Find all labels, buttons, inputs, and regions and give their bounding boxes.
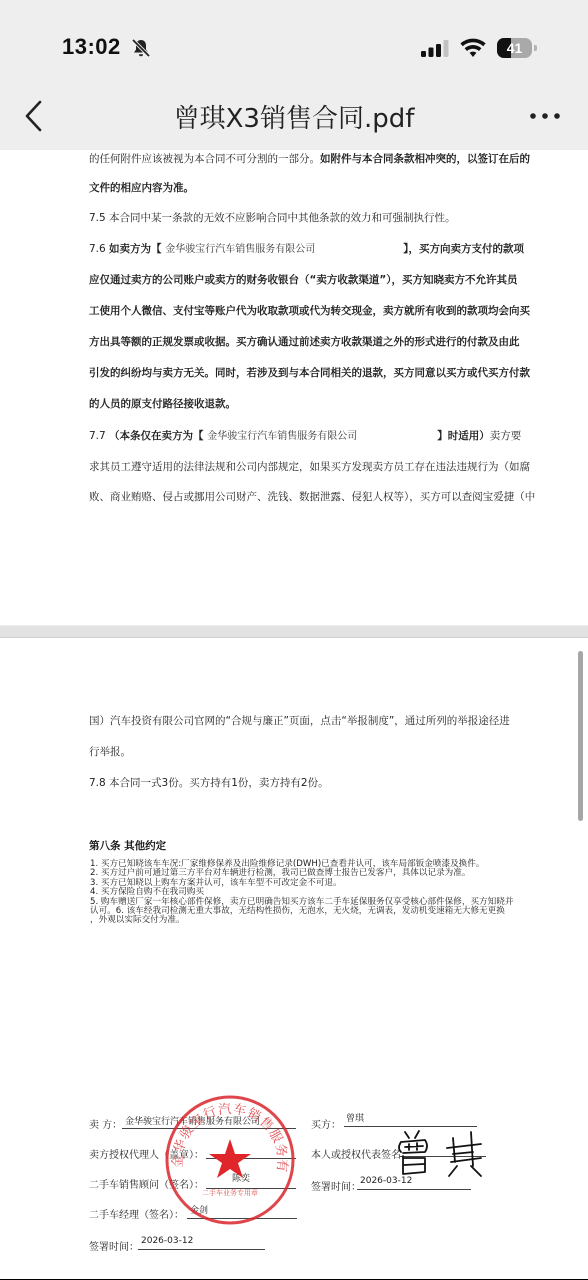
sales-consultant-label: 二手车销售顾问（签名）： [89, 1176, 204, 1191]
back-button[interactable] [20, 98, 48, 134]
vertical-scrollbar[interactable] [578, 651, 583, 821]
clause-7-8: 7.8 本合同一式3份。买方持有1份，卖方持有2份。 [89, 776, 329, 790]
battery-nub [534, 45, 537, 51]
pdf-page-2: 国）汽车投资有限公司官网的“合规与廉正”页面，点击“举报制度”，通过所列的举报途… [0, 638, 584, 1280]
seller-date-value: 2026-03-12 [141, 1236, 193, 1246]
cellular-signal-icon [421, 40, 451, 57]
svg-text:金华骏宝行汽车销售服务有限公司: 金华骏宝行汽车销售服务有限公司 [163, 1093, 289, 1174]
text-line: 方出具等额的正规发票或收据。买方确认通过前述卖方收款渠道之外的形式进行的付款及由… [89, 335, 520, 349]
pdf-page-1: 的任何附件应该被视为本合同不可分割的一部分。如附件与本合同条款相冲突的，以签订在… [0, 150, 584, 625]
wifi-icon [460, 38, 486, 58]
document-title: 曾琪X3销售合同.pdf [100, 98, 488, 135]
text-line: 败、商业贿赂、侵占或挪用公司财产、洗钱、数据泄露、侵犯人权等），买方可以查阅宝爱… [89, 490, 535, 504]
text-line: 行举报。 [89, 745, 131, 759]
battery-indicator: 41 [497, 38, 532, 58]
clause-7-7: 7.7 （本条仅在卖方为【 金华骏宝行汽车销售服务有限公司】时适用）卖方要 [89, 429, 521, 444]
text-line: 文件的相应内容为准。 [89, 181, 194, 195]
buyer-date-label: 签署时间： [311, 1178, 361, 1193]
top-bar: 13:02 41 曾琪X3销售合同.pdf [0, 0, 588, 150]
bell-slash-icon [130, 37, 152, 59]
seller-agent-label: 卖方授权代理人（盖章）： [89, 1146, 204, 1161]
status-time: 13:02 [62, 34, 121, 60]
text-line: 国）汽车投资有限公司官网的“合规与廉正”页面，点击“举报制度”，通过所列的举报途… [89, 714, 510, 728]
text-line: 工使用个人微信、支付宝等账户代为收取款项或代为转交现金，卖方就所有收到的款项均会… [89, 304, 530, 318]
text-line: 引发的纠纷均与卖方无关。同时，若涉及到与本合同相关的退款，买方同意以买方或代买方… [89, 366, 530, 380]
text-line: 的任何附件应该被视为本合同不可分割的一部分。如附件与本合同条款相冲突的，以签订在… [89, 152, 530, 166]
text-line: 求其员工遵守适用的法律法规和公司内部规定，如果买方发现卖方员工存在违法违规行为（… [89, 460, 530, 474]
seller-date-label: 签署时间： [89, 1238, 139, 1253]
text-line: 的人员的原支付路径接收退款。 [89, 397, 236, 411]
text-line: 应仅通过卖方的公司账户或卖方的财务收银台（“卖方收款渠道”），买方知晓卖方不允许… [89, 273, 518, 287]
more-options-button[interactable] [528, 108, 562, 124]
buyer-sign-label: 本人或授权代表签名 [311, 1146, 401, 1161]
buyer-value: 曾琪 [346, 1111, 364, 1124]
page-separator [0, 625, 588, 638]
buyer-label: 买方： [311, 1116, 341, 1131]
seller-label: 卖 方： [89, 1116, 122, 1131]
other-terms-list: 1. 买方已知晓该车车况:厂家维修保养及出险维修记录(DWH)已查看并认可，该车… [90, 860, 560, 926]
term-line: ，外观以实际交付为准。 [90, 916, 560, 925]
svg-text:二手车业务专用章: 二手车业务专用章 [202, 1188, 258, 1197]
manager-label: 二手车经理（签名）： [89, 1206, 184, 1221]
clause-7-5: 7.5 本合同中某一条款的无效不应影响合同中其他条款的效力和可强制执行性。 [89, 211, 456, 225]
sales-consultant-value: 陈奕 [232, 1171, 250, 1184]
seller-value: 金华骏宝行汽车销售服务有限公司 [125, 1114, 260, 1127]
buyer-handwritten-signature [395, 1128, 490, 1178]
section-title-article-8: 第八条 其他约定 [89, 838, 166, 853]
manager-value: 金剑 [190, 1203, 208, 1216]
clause-7-6: 7.6 如卖方为【 金华骏宝行汽车销售服务有限公司】，买方向卖方支付的款项 [89, 242, 524, 257]
